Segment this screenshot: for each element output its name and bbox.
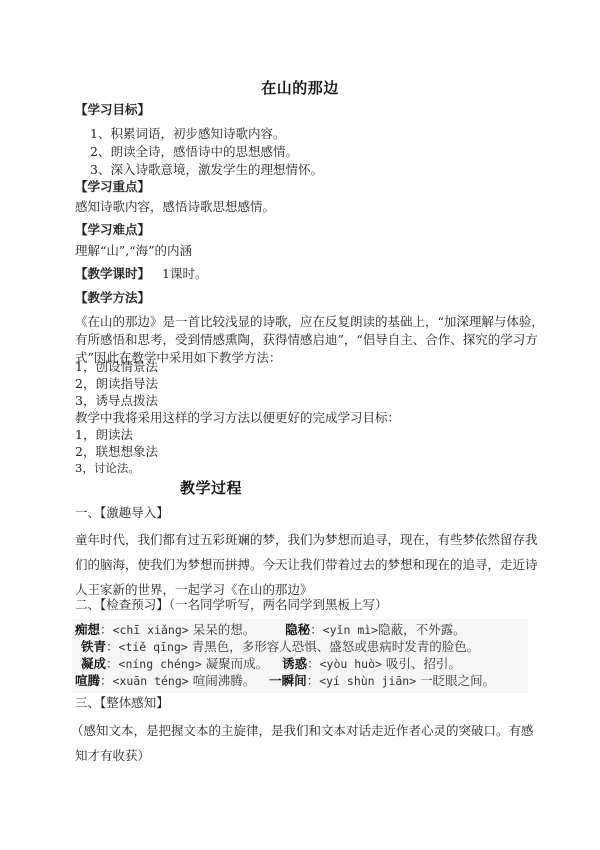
- objective-item: 2、朗读全诗，感悟诗中的思想感情。: [90, 144, 298, 160]
- paragraph-line: 有所感悟和思考，受到情感熏陶，获得情感启迪”，“倡导自主、合作、探究的学习方: [75, 331, 530, 349]
- vocab-row: 喧腾：<xuān téng> 喧闹沸腾。 一瞬间：<yí shùn jiān> …: [75, 673, 495, 689]
- vocab-meaning: 青黑色，多形容人恐惧、盛怒或患病时发青的脸色。: [192, 639, 480, 654]
- vocab-term: 喧腾: [75, 673, 100, 688]
- step2-note: （一名同学听写，两名同学到黑板上写）: [169, 597, 388, 612]
- step3-heading: 三、【整体感知】: [75, 695, 169, 711]
- vocab-meaning: 喧闹沸腾。: [193, 673, 256, 688]
- method-item: 2，朗读指导法: [75, 376, 158, 392]
- vocab-row: 凝成：<níng chéng> 凝聚而成。 诱惑：<yòu huò> 吸引、招引…: [81, 656, 461, 672]
- vocab-row: 痴想：<chī xiǎng> 呆呆的想。 隐秘：<yǐn mì>隐蔽，不外露。: [75, 622, 466, 638]
- difficulties-text: 理解“山”,“海”的内涵: [75, 243, 192, 259]
- class-hours-heading: 【教学课时】: [75, 266, 150, 281]
- document-title: 在山的那边: [0, 77, 600, 98]
- process-heading: 教学过程: [180, 477, 242, 498]
- paragraph-line: 《在山的那边》是一首比较浅显的诗歌，应在反复朗读的基础上，“加深理解与体验，: [75, 313, 530, 331]
- learning-methods-intro: 教学中我将采用这样的学习方法以便更好的完成学习目标：: [75, 410, 400, 426]
- paragraph-line: 们的脑海，使我们为梦想而拼搏。今天让我们带着过去的梦想和现在的追寻，走近诗: [75, 552, 530, 577]
- step3-paragraph: （感知文本，是把握文本的主旋律，是我们和文本对话走近作者心灵的突破口。有感 知才…: [75, 718, 530, 768]
- vocab-meaning: 吸引、招引。: [386, 656, 461, 671]
- learning-method-item: 1，朗读法: [75, 427, 133, 443]
- learning-method-item: 2，联想想象法: [75, 444, 158, 460]
- vocab-term: 隐秘: [285, 622, 310, 637]
- method-item: 3，诱导点拨法: [75, 393, 158, 409]
- step1-paragraph: 童年时代，我们都有过五彩斑斓的梦，我们为梦想而追寻，现在，有些梦依然留存我 们的…: [75, 527, 530, 602]
- key-points-heading: 【学习重点】: [75, 179, 150, 195]
- method-item: 1，创设情景法: [75, 359, 158, 375]
- step2-line: 二、【检查预习】（一名同学听写，两名同学到黑板上写）: [75, 597, 388, 613]
- vocab-term: 痴想: [75, 622, 100, 637]
- vocab-pinyin: <yí shùn jiān>: [319, 674, 416, 688]
- vocab-row: 铁青：<tiě qīng> 青黑色，多形容人恐惧、盛怒或患病时发青的脸色。: [81, 639, 479, 655]
- step1-heading: 一、【激趣导入】: [75, 505, 169, 521]
- class-hours-line: 【教学课时】 1课时。: [75, 266, 207, 282]
- objective-item: 3、深入诗歌意境，激发学生的理想情怀。: [90, 162, 323, 178]
- key-points-text: 感知诗歌内容，感悟诗歌思想感情。: [75, 199, 275, 215]
- learning-method-item: 3，讨论法。: [75, 460, 140, 476]
- vocab-pinyin: <yòu huò>: [320, 657, 382, 671]
- vocab-pinyin: <níng chéng>: [119, 657, 202, 671]
- paragraph-line: 童年时代，我们都有过五彩斑斓的梦，我们为梦想而追寻，现在，有些梦依然留存我: [75, 527, 530, 552]
- difficulties-heading: 【学习难点】: [75, 222, 150, 238]
- class-hours-text: 1课时。: [162, 266, 207, 281]
- vocab-term: 凝成: [81, 656, 106, 671]
- vocab-pinyin: <yǐn mì>: [323, 623, 378, 637]
- vocab-pinyin: <tiě qīng>: [119, 640, 188, 654]
- objectives-heading: 【学习目标】: [75, 102, 150, 118]
- paragraph-line: 知才有收获）: [75, 743, 530, 768]
- document-page: 在山的那边 【学习目标】 1、积累词语，初步感知诗歌内容。 2、朗读全诗，感悟诗…: [0, 0, 600, 850]
- vocab-term: 一瞬间: [269, 673, 307, 688]
- teaching-methods-heading: 【教学方法】: [75, 290, 150, 306]
- paragraph-line: （感知文本，是把握文本的主旋律，是我们和文本对话走近作者心灵的突破口。有感: [71, 718, 530, 743]
- vocab-pinyin: <chī xiǎng>: [113, 623, 189, 637]
- vocab-meaning: 凝聚而成。: [206, 656, 269, 671]
- vocab-term: 诱惑: [282, 656, 307, 671]
- objective-item: 1、积累词语，初步感知诗歌内容。: [90, 126, 285, 142]
- vocab-meaning: 呆呆的想。: [193, 622, 256, 637]
- vocab-meaning: 一眨眼之间。: [420, 673, 495, 688]
- step2-heading: 二、【检查预习】: [75, 597, 169, 612]
- vocab-pinyin: <xuān téng>: [113, 674, 189, 688]
- vocab-meaning: 隐蔽，不外露。: [378, 622, 466, 637]
- vocab-term: 铁青: [81, 639, 106, 654]
